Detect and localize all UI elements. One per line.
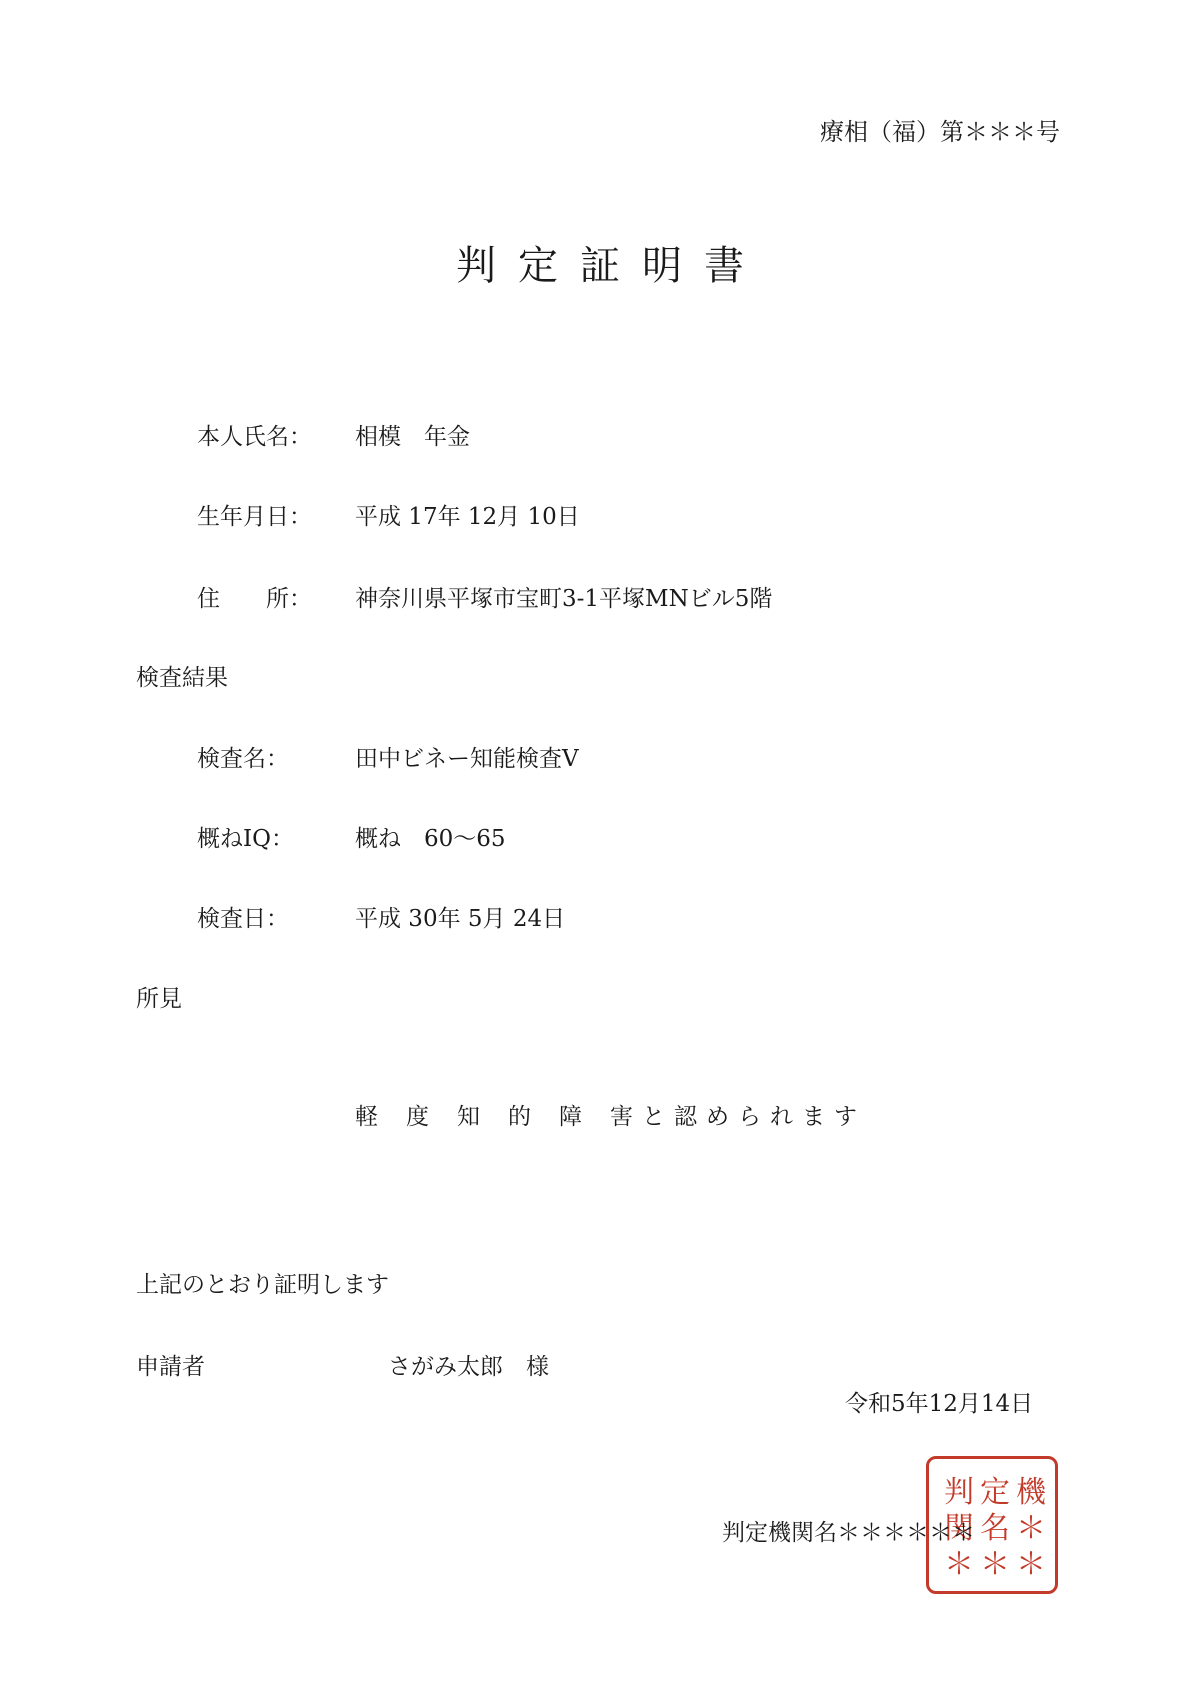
finding-char: 度 xyxy=(406,1098,429,1131)
seal-char: 判 xyxy=(941,1475,977,1511)
iq-label: 概ねIQ： xyxy=(197,820,294,853)
applicant-name: さがみ太郎 様 xyxy=(388,1348,549,1381)
name-label: 本人氏名： xyxy=(197,418,312,451)
issue-date: 令和5年12月14日 xyxy=(845,1385,1033,1418)
applicant-label: 申請者 xyxy=(136,1348,205,1381)
reference-number: 療相（福）第＊＊＊号 xyxy=(820,112,1060,147)
findings-heading: 所見 xyxy=(136,980,182,1013)
seal-char: 定 xyxy=(977,1475,1013,1511)
finding-char: れ xyxy=(770,1098,793,1131)
birthdate-value: 平成 17年 12月 10日 xyxy=(355,498,580,531)
birthdate-label: 生年月日： xyxy=(197,498,312,531)
finding-char: 軽 xyxy=(355,1098,378,1131)
seal-char: 機 xyxy=(1013,1475,1049,1511)
issuing-body: 判定機関名＊＊＊＊＊＊ xyxy=(722,1514,975,1547)
address-value: 神奈川県平塚市宝町3-1平塚MNビル5階 xyxy=(355,580,772,613)
document-title: 判定証明書 xyxy=(0,234,1200,291)
finding-char: す xyxy=(834,1098,857,1131)
test-date-label: 検査日： xyxy=(197,900,289,933)
name-value: 相模 年金 xyxy=(355,418,470,451)
finding-char: 認 xyxy=(674,1098,697,1131)
test-date-value: 平成 30年 5月 24日 xyxy=(355,900,565,933)
seal-char: ＊ xyxy=(1013,1547,1049,1583)
findings-statement: 軽度知的障害と認められます xyxy=(355,1098,857,1131)
finding-char: 的 xyxy=(508,1098,531,1131)
address-label: 住 所： xyxy=(197,580,312,613)
finding-char: 障 xyxy=(559,1098,582,1131)
seal-char: ＊ xyxy=(941,1547,977,1583)
test-name-value: 田中ビネー知能検査V xyxy=(355,740,579,773)
test-results-heading: 検査結果 xyxy=(136,659,228,692)
finding-char: ら xyxy=(738,1098,761,1131)
finding-char: 害 xyxy=(610,1098,633,1131)
finding-char: 知 xyxy=(457,1098,480,1131)
finding-char: と xyxy=(642,1098,665,1131)
seal-char: ＊ xyxy=(1013,1511,1049,1547)
test-name-label: 検査名： xyxy=(197,740,289,773)
finding-char: め xyxy=(706,1098,729,1131)
seal-char: ＊ xyxy=(977,1547,1013,1583)
seal-char: 名 xyxy=(977,1511,1013,1547)
iq-value: 概ね 60〜65 xyxy=(355,820,506,853)
certification-statement: 上記のとおり証明します xyxy=(136,1266,389,1299)
finding-char: ま xyxy=(802,1098,825,1131)
